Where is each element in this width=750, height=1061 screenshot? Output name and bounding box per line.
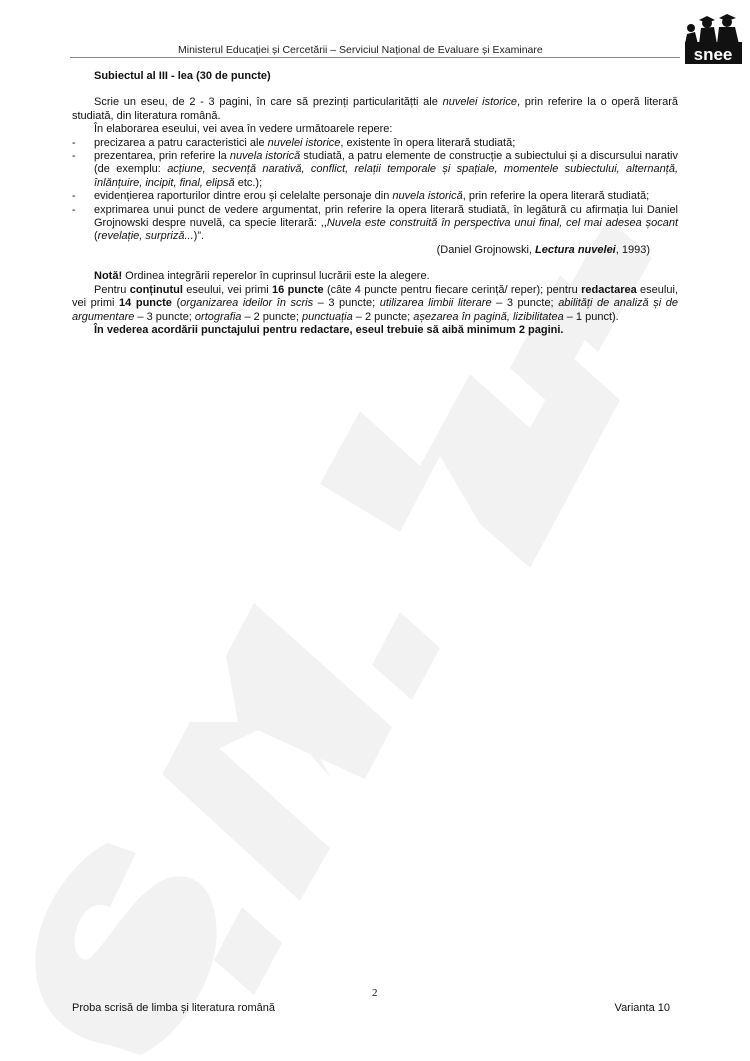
citation: (Daniel Grojnowski, Lectura nuvelei, 199…	[72, 244, 678, 257]
list-item: -evidențierea raporturilor dintre erou ș…	[72, 190, 678, 203]
note: Notă! Ordinea integrării reperelor în cu…	[72, 270, 678, 283]
essay-prompt: Scrie un eseu, de 2 - 3 pagini, în care …	[72, 96, 678, 123]
snee-logo-icon: snee	[677, 14, 743, 64]
list-item: -prezentarea, prin referire la nuvela is…	[72, 150, 678, 190]
footer-exam-title: Proba scrisă de limba și literatura româ…	[72, 1002, 275, 1014]
list-item: -precizarea a patru caracteristici ale n…	[72, 137, 678, 150]
page-requirement: În vederea acordării punctajului pentru …	[72, 324, 678, 337]
header-institution: Ministerul Educației și Cercetării – Ser…	[178, 44, 543, 56]
page-number: 2	[372, 987, 378, 999]
footer-variant: Varianta 10	[615, 1002, 670, 1014]
repere-list: -precizarea a patru caracteristici ale n…	[72, 137, 678, 244]
scoring-description: Pentru conținutul eseului, vei primi 16 …	[72, 284, 678, 324]
repere-intro: În elaborarea eseului, vei avea în veder…	[72, 123, 678, 136]
list-item: -exprimarea unui punct de vedere argumen…	[72, 204, 678, 244]
header-rule	[70, 57, 680, 58]
svg-text:snee: snee	[694, 45, 733, 64]
document-body: Subiectul al III - lea (30 de puncte) Sc…	[72, 70, 678, 337]
subject-title: Subiectul al III - lea (30 de puncte)	[94, 70, 678, 83]
